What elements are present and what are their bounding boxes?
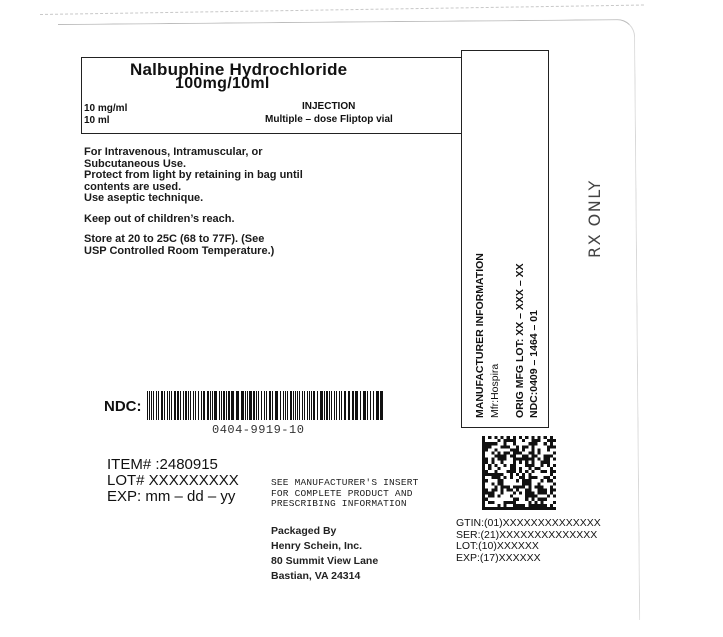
ndc-number: 0404-9919-10 bbox=[212, 423, 304, 437]
orig-ndc: NDC:0409 – 1464 – 01 bbox=[528, 310, 540, 418]
packager-line: 80 Summit View Lane bbox=[271, 554, 378, 569]
ndc-barcode bbox=[147, 391, 384, 420]
insert-note: SEE MANUFACTURER'S INSERT FOR COMPLETE P… bbox=[271, 478, 419, 510]
concentration: 10 mg/ml bbox=[84, 103, 127, 114]
insert-note-line: PRESCRIBING INFORMATION bbox=[271, 499, 419, 510]
packager-line: Bastian, VA 24314 bbox=[271, 569, 378, 584]
orig-mfg-lot: ORIG MFG LOT: XX – XXX – XX bbox=[514, 263, 526, 418]
serial-exp: EXP:(17)XXXXXX bbox=[456, 553, 601, 565]
ndc-label: NDC: bbox=[104, 398, 142, 415]
serial-lot: LOT:(10)XXXXXX bbox=[456, 541, 601, 553]
manufacturer-name: Mfr:Hospira bbox=[489, 364, 501, 418]
packager-line: Packaged By bbox=[271, 524, 378, 539]
child-warning: Keep out of children’s reach. bbox=[84, 214, 384, 226]
item-number: ITEM# :2480915 bbox=[107, 457, 239, 473]
datamatrix-code bbox=[482, 436, 556, 510]
container-type: Multiple – dose Fliptop vial bbox=[265, 114, 393, 125]
serialization-info: GTIN:(01)XXXXXXXXXXXXXX SER:(21)XXXXXXXX… bbox=[456, 518, 601, 564]
label-sheet-edge bbox=[40, 5, 644, 15]
usage-instructions: For Intravenous, Intramuscular, or Subcu… bbox=[84, 147, 384, 257]
gtin: GTIN:(01)XXXXXXXXXXXXXX bbox=[456, 518, 601, 530]
manufacturer-heading: MANUFACTURER INFORMATION bbox=[474, 253, 486, 418]
rx-only: RX ONLY bbox=[585, 179, 604, 258]
instruction-line: Use aseptic technique. bbox=[84, 193, 384, 205]
expiration-date: EXP: mm – dd – yy bbox=[107, 489, 239, 505]
volume: 10 ml bbox=[84, 115, 110, 126]
storage-line: USP Controlled Room Temperature.) bbox=[84, 246, 384, 258]
insert-note-line: SEE MANUFACTURER'S INSERT bbox=[271, 478, 419, 489]
instruction-line: Protect from light by retaining in bag u… bbox=[84, 170, 384, 182]
packager-info: Packaged By Henry Schein, Inc. 80 Summit… bbox=[271, 524, 378, 584]
storage-line: Store at 20 to 25C (68 to 77F). (See bbox=[84, 234, 384, 246]
dosage-form: INJECTION bbox=[302, 101, 355, 112]
packager-line: Henry Schein, Inc. bbox=[271, 539, 378, 554]
lot-number: LOT# XXXXXXXXX bbox=[107, 473, 239, 489]
instruction-line: For Intravenous, Intramuscular, or bbox=[84, 147, 384, 159]
item-lot-exp-block: ITEM# :2480915 LOT# XXXXXXXXX EXP: mm – … bbox=[107, 457, 239, 505]
product-strength: 100mg/10ml bbox=[175, 75, 270, 93]
